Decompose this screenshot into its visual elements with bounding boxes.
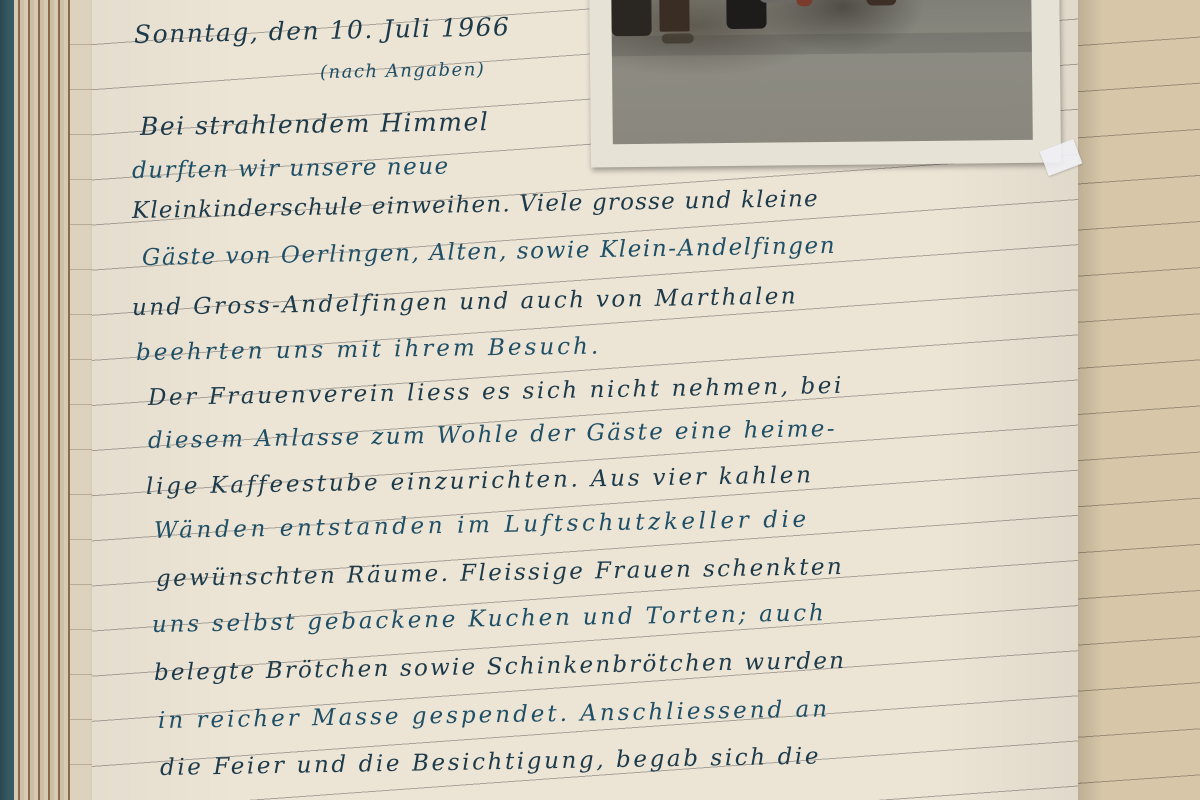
text-line-4: Gäste von Oerlingen, Alten, sowie Klein-… (142, 233, 837, 271)
text-line-14: in reicher Masse gespendet. Anschliessen… (158, 696, 831, 734)
text-line-5: und Gross-Andelfingen und auch von Marth… (132, 283, 798, 321)
text-line-9: lige Kaffeestube einzurichten. Aus vier … (146, 462, 814, 500)
facing-page (1078, 0, 1200, 800)
entry-note: (nach Angaben) (320, 59, 486, 83)
text-line-2: durften wir unsere neue (132, 154, 450, 184)
text-line-3: Kleinkinderschule einweihen. Viele gross… (132, 186, 819, 224)
text-line-10: Wänden entstanden im Luftschutzkeller di… (154, 507, 810, 544)
text-line-1: Bei strahlendem Himmel (140, 107, 490, 141)
text-line-8: diesem Anlasse zum Wohle der Gäste eine … (148, 416, 837, 454)
text-line-11: gewünschten Räume. Fleissige Frauen sche… (156, 554, 845, 592)
text-line-13: belegte Brötchen sowie Schinkenbrötchen … (154, 648, 847, 686)
photo-image (611, 0, 1033, 144)
notebook-scene: Sonntag, den 10. Juli 1966 (nach Angaben… (0, 0, 1200, 800)
pasted-photograph (589, 0, 1061, 167)
text-line-15: die Feier und die Besichtigung, begab si… (160, 743, 822, 781)
entry-date: Sonntag, den 10. Juli 1966 (134, 12, 511, 49)
text-line-6: beehrten uns mit ihrem Besuch. (136, 334, 602, 366)
book-binding (0, 0, 14, 800)
text-line-7: Der Frauenverein liess es sich nicht neh… (148, 373, 844, 411)
text-line-12: uns selbst gebackene Kuchen und Torten; … (152, 600, 827, 638)
stacked-page-edges (14, 0, 70, 800)
